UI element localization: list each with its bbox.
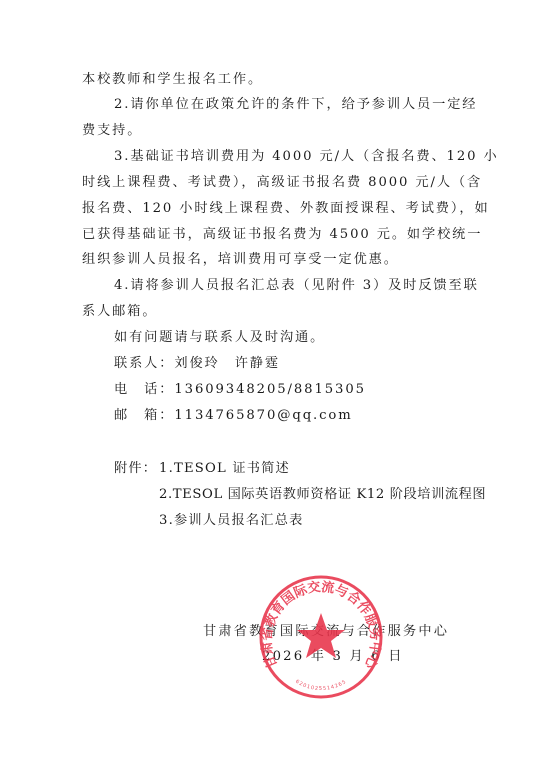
- attachments-label: 附件：: [114, 461, 157, 477]
- body-line: 系人邮箱。: [82, 304, 470, 320]
- body-line: 如有问题请与联系人及时沟通。: [114, 330, 470, 346]
- body-line: 报名费、120 小时线上课程费、外教面授课程、考试费），如: [82, 201, 470, 217]
- body-line: 费支持。: [82, 123, 470, 139]
- attachment-item: 1.TESOL 证书简述: [159, 461, 290, 477]
- contact-email-label: 邮 箱：: [114, 408, 174, 423]
- seal-star-icon: [297, 613, 345, 658]
- official-seal-icon: 甘肃省教育国际交流与合作服务中心 6201025514265: [257, 573, 385, 701]
- body-line: 2.请你单位在政策允许的条件下，给予参训人员一定经: [114, 97, 470, 113]
- body-line: 3.基础证书培训费用为 4000 元/人（含报名费、120 小: [114, 149, 470, 165]
- contact-phone-row: 电 话：13609348205/8815305: [114, 382, 470, 398]
- attachment-item: 2.TESOL 国际英语教师资格证 K12 阶段培训流程图: [159, 487, 486, 503]
- contact-people-value: 刘俊玲 许静霆: [174, 356, 280, 371]
- contact-email-row: 邮 箱：1134765870@qq.com: [114, 408, 470, 424]
- document-page: 本校教师和学生报名工作。 2.请你单位在政策允许的条件下，给予参训人员一定经 费…: [0, 0, 551, 778]
- contact-people-row: 联系人：刘俊玲 许静霆: [114, 356, 470, 372]
- svg-text:6201025514265: 6201025514265: [294, 679, 348, 692]
- seal-serial: 6201025514265: [294, 679, 348, 692]
- body-line: 本校教师和学生报名工作。: [82, 72, 470, 88]
- body-line: 已获得基础证书，高级证书报名费为 4500 元。如学校统一: [82, 227, 470, 243]
- body-line: 4.请将参训人员报名汇总表（见附件 3）及时反馈至联: [114, 278, 470, 294]
- body-line: 组织参训人员报名，培训费用可享受一定优惠。: [82, 252, 470, 268]
- contact-email-value: 1134765870@qq.com: [174, 408, 352, 423]
- attachment-item: 3.参训人员报名汇总表: [159, 513, 303, 529]
- contact-phone-label: 电 话：: [114, 382, 174, 397]
- body-line: 时线上课程费、考试费），高级证书报名费 8000 元/人（含: [82, 175, 470, 191]
- contact-people-label: 联系人：: [114, 356, 174, 371]
- contact-phone-value: 13609348205/8815305: [174, 382, 366, 397]
